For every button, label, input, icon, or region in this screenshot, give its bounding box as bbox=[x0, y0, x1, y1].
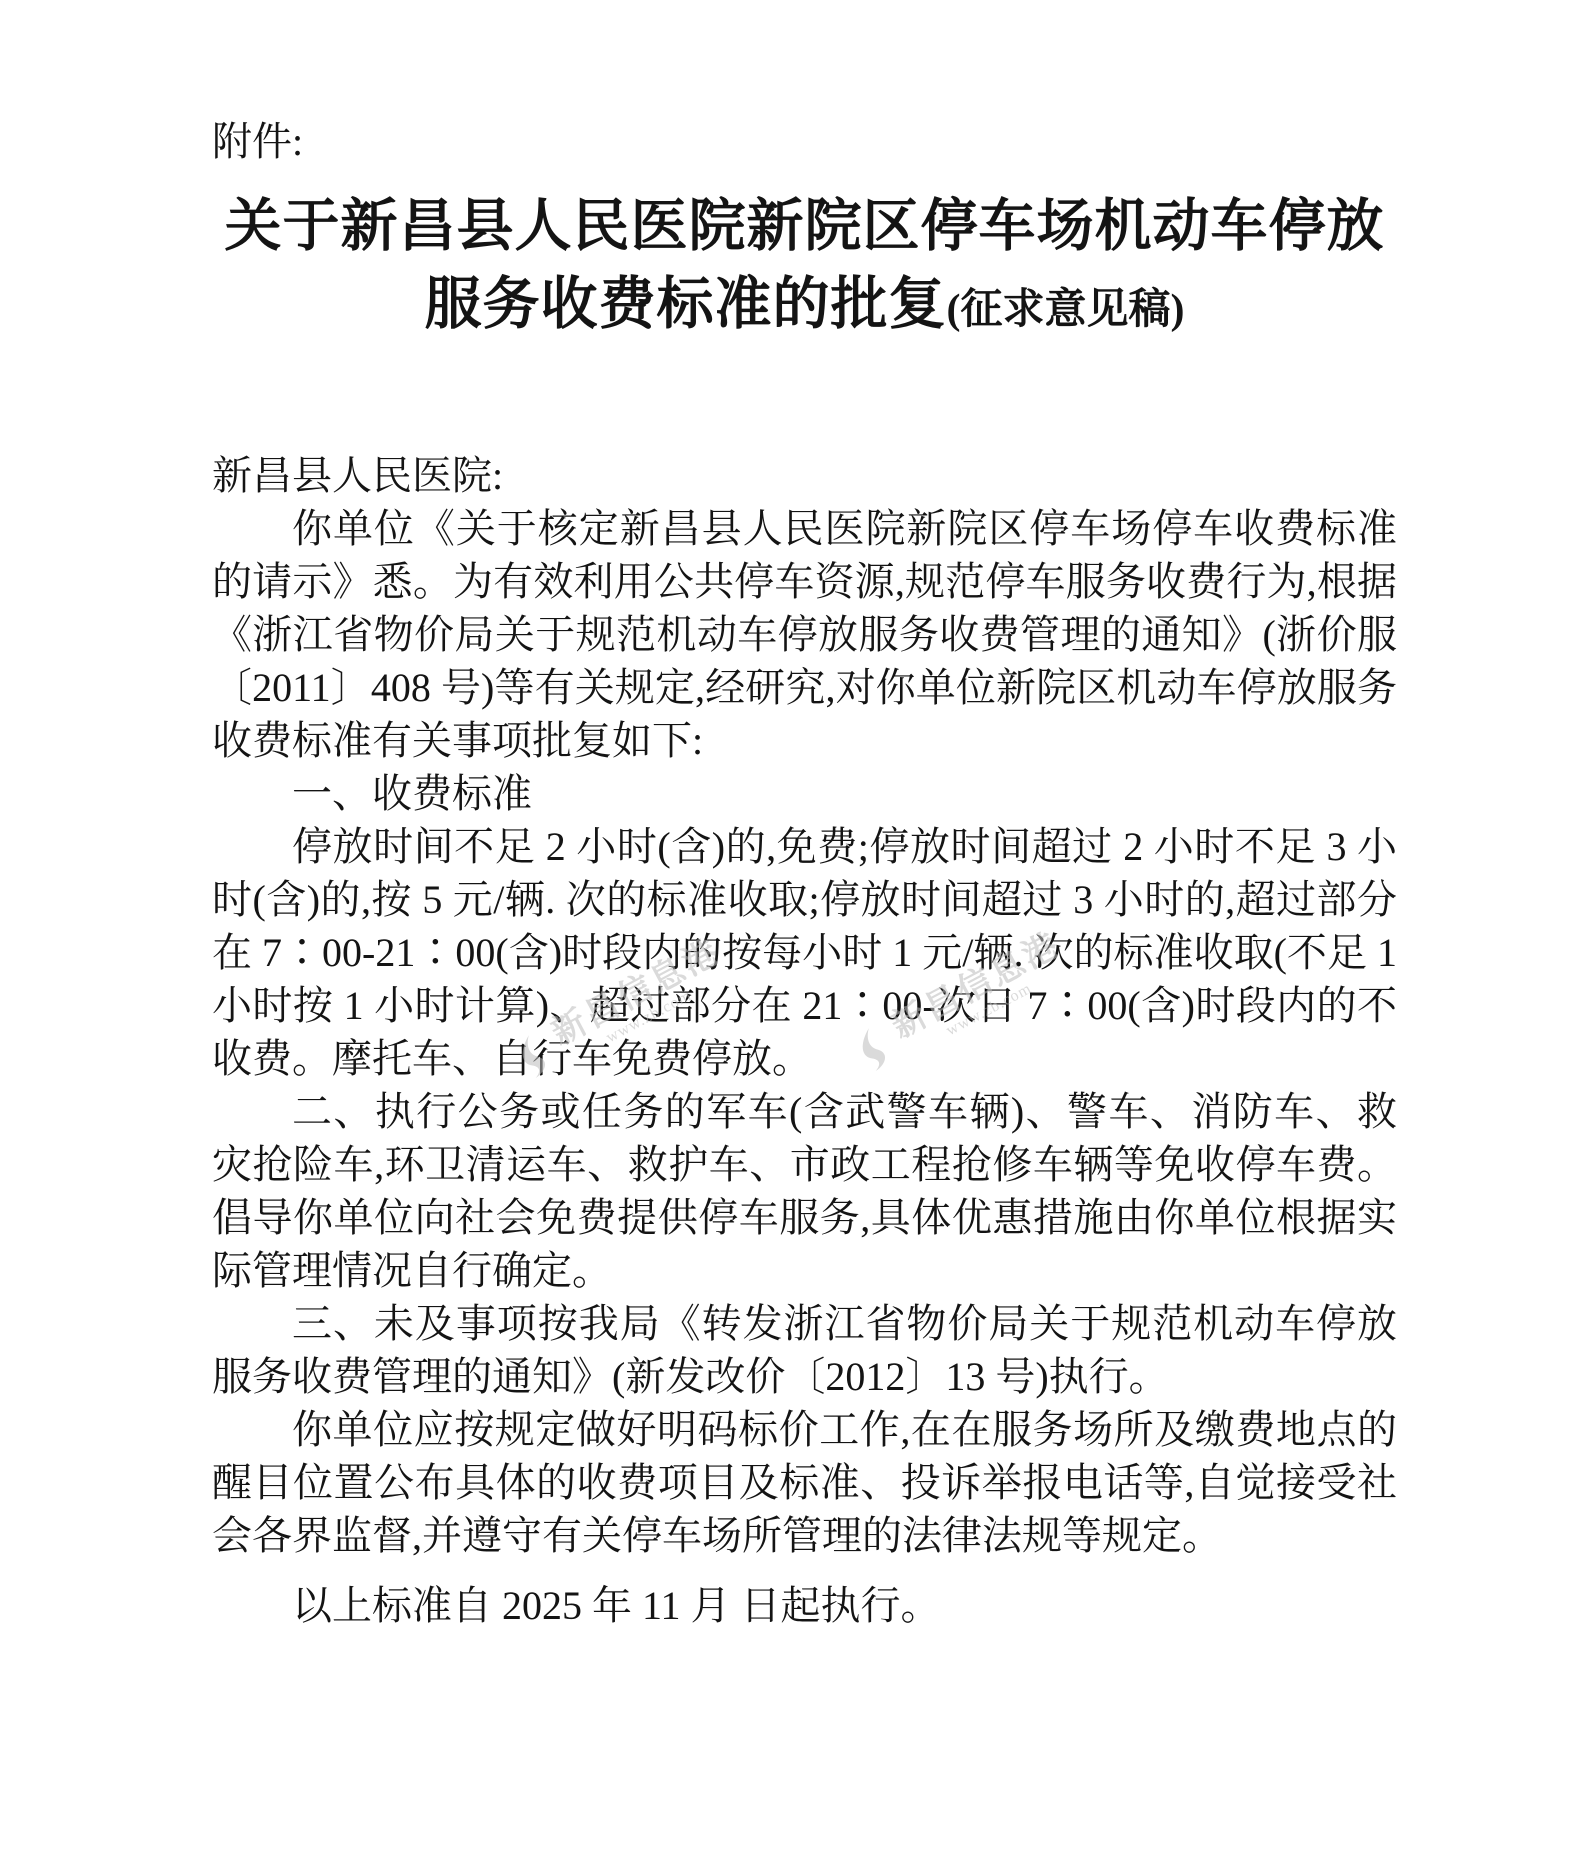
paragraph-section1-heading: 一、收费标准 bbox=[212, 767, 1397, 820]
title-line-1: 关于新昌县人民医院新院区停车场机动车停放 bbox=[225, 195, 1385, 258]
paragraph-fee-standard: 停放时间不足 2 小时(含)的,免费;停放时间超过 2 小时不足 3 小时(含)… bbox=[212, 820, 1397, 1085]
document-body: 你单位《关于核定新昌县人民医院新院区停车场停车收费标准的请示》悉。为有效利用公共… bbox=[212, 502, 1397, 1632]
document-title: 关于新昌县人民医院新院区停车场机动车停放服务收费标准的批复(征求意见稿) bbox=[212, 188, 1397, 349]
paragraph-effective-date: 以上标准自 2025 年 11 月 日起执行。 bbox=[212, 1579, 1397, 1632]
paragraph-intro: 你单位《关于核定新昌县人民医院新院区停车场停车收费标准的请示》悉。为有效利用公共… bbox=[212, 502, 1397, 767]
attachment-label: 附件: bbox=[212, 118, 1397, 166]
document-page: 附件: 关于新昌县人民医院新院区停车场机动车停放服务收费标准的批复(征求意见稿)… bbox=[0, 0, 1587, 1861]
document-content: 附件: 关于新昌县人民医院新院区停车场机动车停放服务收费标准的批复(征求意见稿)… bbox=[212, 118, 1397, 1632]
paragraph-price-posting: 你单位应按规定做好明码标价工作,在在服务场所及缴费地点的醒目位置公布具体的收费项… bbox=[212, 1403, 1397, 1562]
paragraph-section2-exemptions: 二、执行公务或任务的军车(含武警车辆)、警车、消防车、救灾抢险车,环卫清运车、救… bbox=[212, 1085, 1397, 1297]
title-draft-note: (征求意见稿) bbox=[947, 287, 1185, 333]
title-line-2: 服务收费标准的批复 bbox=[425, 273, 947, 336]
paragraph-section3-other: 三、未及事项按我局《转发浙江省物价局关于规范机动车停放服务收费管理的通知》(新发… bbox=[212, 1297, 1397, 1403]
recipient-line: 新昌县人民医院: bbox=[212, 449, 1397, 502]
